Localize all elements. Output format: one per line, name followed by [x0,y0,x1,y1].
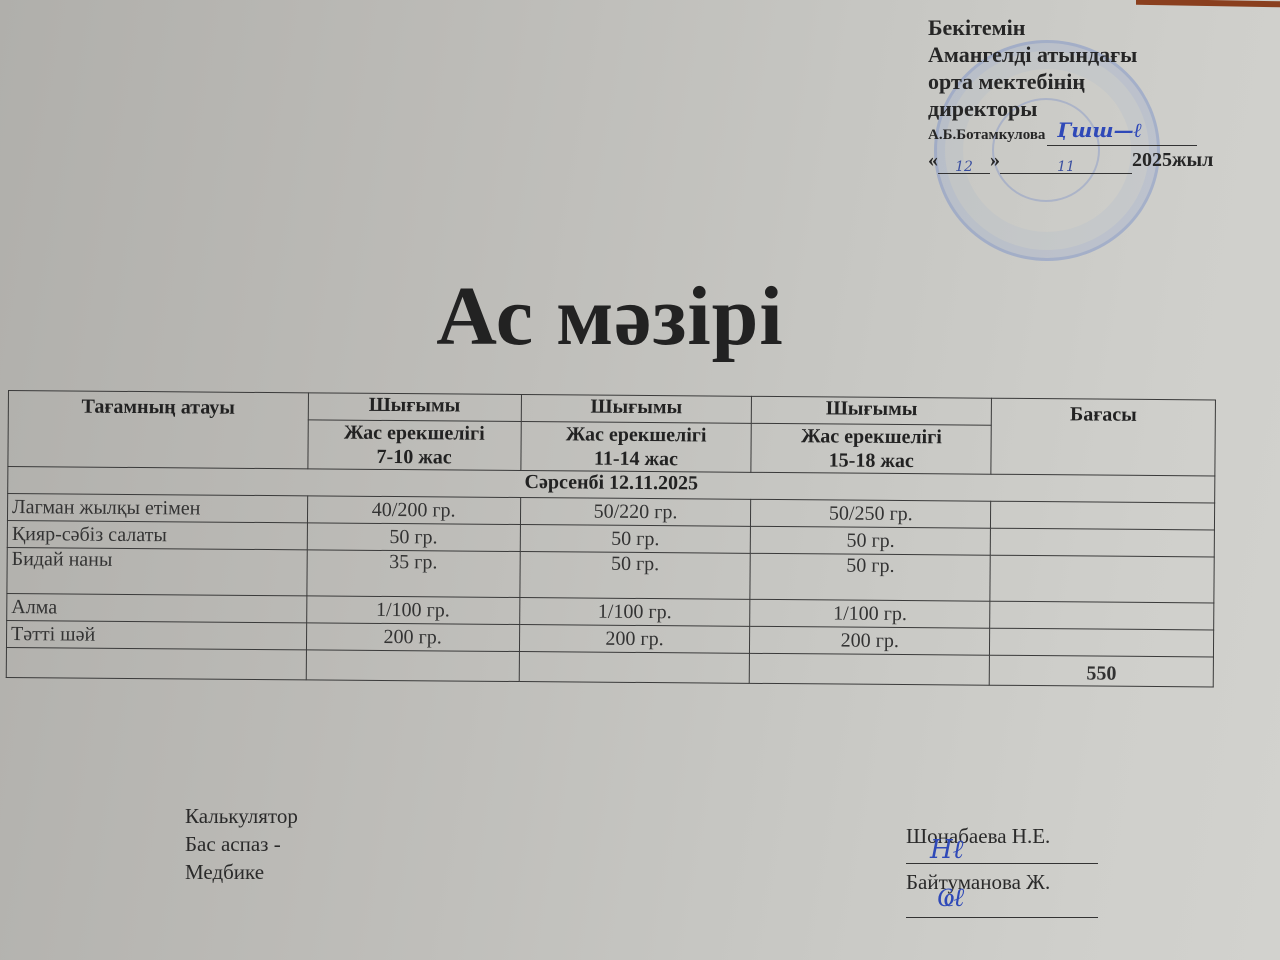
director-name: А.Б.Ботамкулова [928,124,1045,146]
menu-table: Тағамның атауы Шығымы Шығымы Шығымы Баға… [6,390,1216,687]
role-nurse: Медбике [185,858,298,886]
header-age-11-14: Жас ерекшелігі 11-14 жас [520,422,751,473]
price [991,501,1215,530]
director-name-line: А.Б.Ботамкулова Ӷшш—ℓ [928,124,1278,146]
director-signature-line: Ӷшш—ℓ [1047,127,1197,146]
price [990,628,1214,657]
header-yield: Шығымы [752,396,992,425]
yield-15-18: 200 гр. [750,626,990,655]
yield-11-14: 200 гр. [519,625,750,654]
yield-7-10: 200 гр. [306,623,519,652]
footer-roles: Калькулятор Бас аспаз - Медбике [185,802,298,886]
age-label: Жас ерекшелігі [312,420,516,446]
signature-line: Нℓ [906,849,1098,864]
age-range: 7-10 жас [312,444,516,470]
dish-name: Бидай наны [7,547,307,595]
role-calculator: Калькулятор [185,802,298,830]
dish-name: Қияр-сәбіз салаты [7,520,307,549]
signature-mark: Ҩℓ [936,883,964,913]
yield-7-10: 35 гр. [307,550,520,598]
yield-15-18: 50 гр. [751,526,991,555]
header-age-15-18: Жас ерекшелігі 15-18 жас [751,423,991,474]
dish-name: Алма [7,593,307,622]
total-price: 550 [989,655,1213,687]
age-label: Жас ерекшелігі [525,422,747,448]
header-dish: Тағамның атауы [8,391,308,469]
signature-mark: Нℓ [930,835,964,865]
age-label: Жас ерекшелігі [756,424,987,450]
date-month: 11 [1000,153,1132,174]
date-quote-open: « [928,146,938,174]
approval-block: Бекітемін Амангелді атындағы орта мектеб… [928,14,1278,174]
yield-7-10: 50 гр. [307,523,520,552]
header-yield: Шығымы [521,395,752,424]
date-day: 12 [938,153,990,174]
age-range: 11-14 жас [525,446,747,472]
approval-line: Бекітемін [928,14,1278,41]
age-range: 15-18 жас [756,448,987,474]
date-quote-close: » [990,146,1000,174]
signature-line: Ҩℓ [906,895,1098,918]
yield-11-14 [519,652,750,684]
date-year: 2025жыл [1132,146,1213,174]
dish-name [6,647,306,679]
approval-date: « 12 » 11 2025жыл [928,146,1278,174]
approval-line: Амангелді атындағы [928,41,1278,68]
yield-15-18: 1/100 гр. [750,599,990,628]
header-age-7-10: Жас ерекшелігі 7-10 жас [308,420,521,471]
dish-name: Тәтті шәй [6,620,306,649]
dish-name: Лагман жылқы етімен [7,494,307,523]
footer-signatories: Шонабаева Н.Е. Нℓ Байтуманова Ж. Ҩℓ [906,824,1106,924]
yield-15-18 [750,653,990,685]
approval-line: орта мектебінің [928,68,1278,95]
price [990,601,1214,630]
yield-7-10: 1/100 гр. [306,596,519,625]
price [990,528,1214,557]
yield-11-14: 50/220 гр. [520,498,751,527]
yield-11-14: 50 гр. [520,525,751,554]
director-signature: Ӷшш—ℓ [1057,119,1142,141]
yield-15-18: 50/250 гр. [751,499,991,528]
yield-11-14: 1/100 гр. [519,598,750,627]
yield-11-14: 50 гр. [519,552,750,600]
role-head-cook: Бас аспаз - [185,830,298,858]
background-wood-edge [1136,0,1280,7]
yield-7-10 [306,650,519,682]
price [990,555,1214,603]
header-yield: Шығымы [308,393,521,422]
page-title: Ас мәзірі [0,268,1220,365]
header-price: Бағасы [991,398,1215,476]
yield-15-18: 50 гр. [750,553,990,601]
yield-7-10: 40/200 гр. [307,496,520,525]
